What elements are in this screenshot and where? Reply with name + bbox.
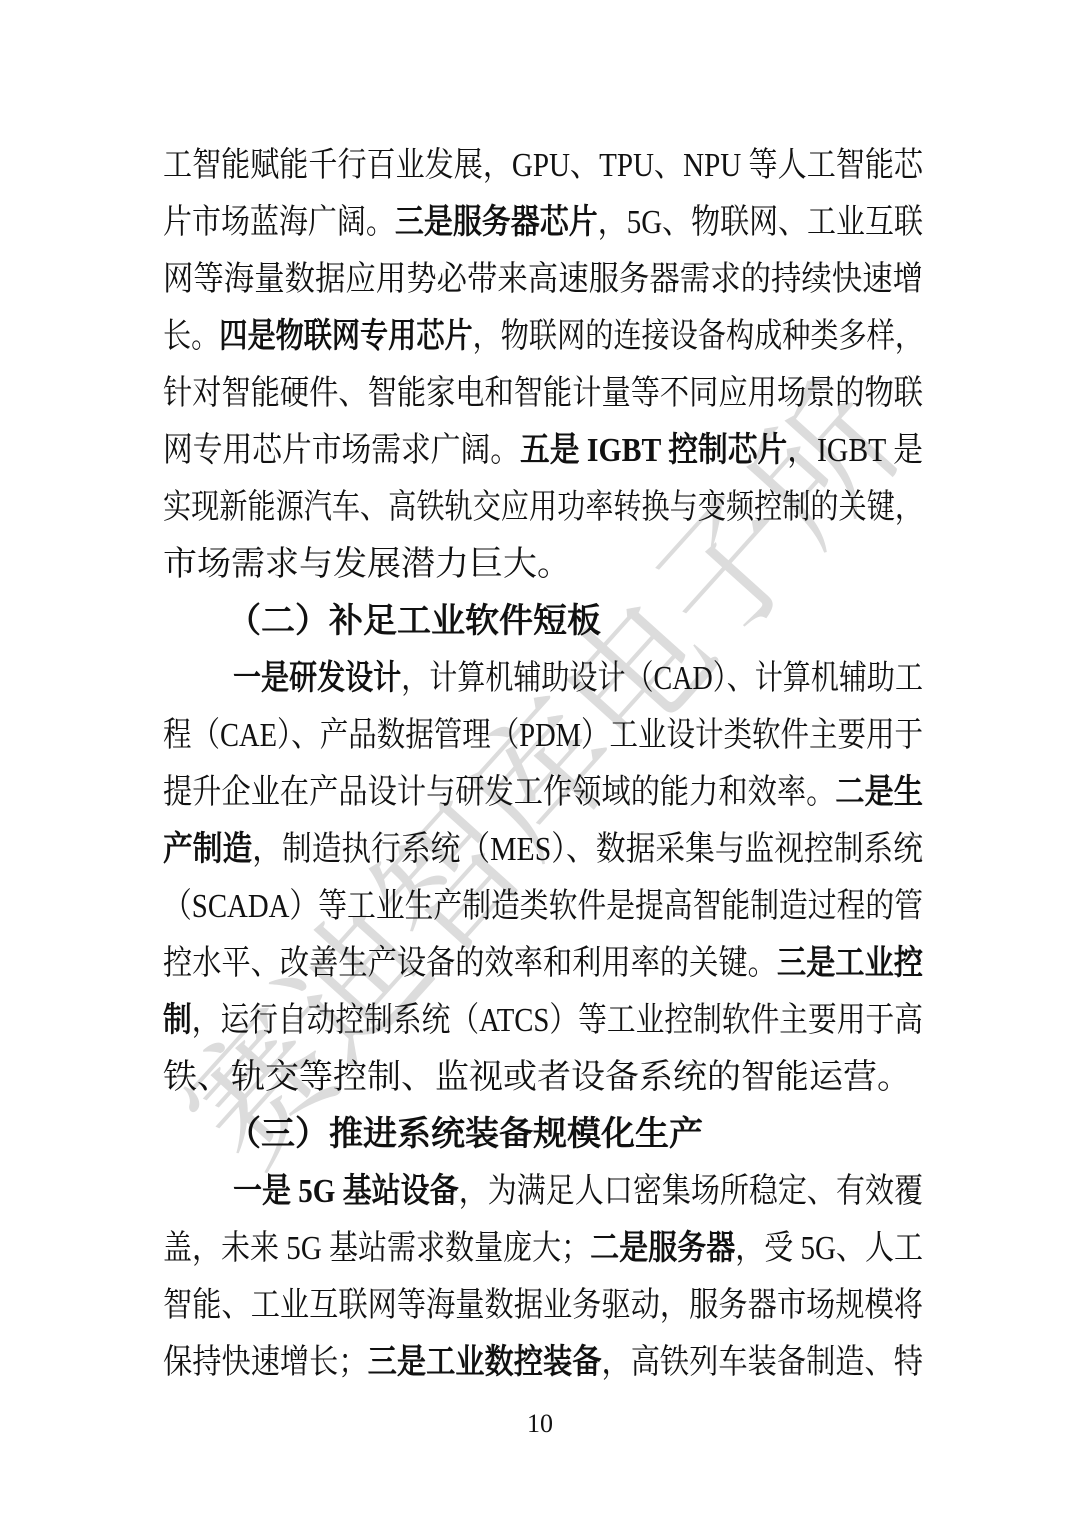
bold-text-segment: 产制造 <box>163 831 252 868</box>
document-page: 赛迪智库电子所 工智能赋能千行百业发展，GPU、TPU、NPU 等人工智能芯片市… <box>0 0 1080 1527</box>
bold-text-segment: 五是 IGBT 控制芯片 <box>520 432 787 469</box>
text-line: 网专用芯片市场需求广阔。五是 IGBT 控制芯片，IGBT 是 <box>163 422 923 479</box>
text-segment: 工智能赋能千行百业发展，GPU、TPU、NPU 等人工智能芯 <box>163 147 923 184</box>
page-number: 10 <box>0 1408 1080 1440</box>
text-segment: 实现新能源汽车、高铁轨交应用功率转换与变频控制的关键， <box>163 489 923 526</box>
text-segment: ，计算机辅助设计（CAD）、计算机辅助工 <box>401 660 923 697</box>
text-line: 产制造，制造执行系统（MES）、数据采集与监视控制系统 <box>163 821 923 878</box>
text-segment: ，运行自动控制系统（ATCS）等工业控制软件主要用于高 <box>192 1002 923 1039</box>
text-segment: 智能、工业互联网等海量数据业务驱动，服务器市场规模将 <box>163 1287 923 1324</box>
bold-text-segment: （二）补足工业软件短板 <box>227 603 601 640</box>
text-segment: ，制造执行系统（MES）、数据采集与监视控制系统 <box>252 831 923 868</box>
bold-text-segment: 一是 5G 基站设备 <box>233 1173 459 1210</box>
text-segment: 程（CAE）、产品数据管理（PDM）工业设计类软件主要用于 <box>163 717 923 754</box>
text-segment: ，5G、物联网、工业互联 <box>598 204 923 241</box>
bold-text-segment: 三是工业控 <box>777 945 923 982</box>
bold-text-segment: 二是服务器 <box>590 1230 735 1267</box>
text-segment: 提升企业在产品设计与研发工作领域的能力和效率。 <box>163 774 835 811</box>
text-line: 长。四是物联网专用芯片，物联网的连接设备构成种类多样， <box>163 308 923 365</box>
text-segment: 市场需求与发展潜力巨大。 <box>163 546 571 583</box>
text-segment: 针对智能硬件、智能家电和智能计量等不同应用场景的物联 <box>163 375 923 412</box>
text-line: 程（CAE）、产品数据管理（PDM）工业设计类软件主要用于 <box>163 707 923 764</box>
text-line: 一是研发设计，计算机辅助设计（CAD）、计算机辅助工 <box>163 650 923 707</box>
text-line: 制，运行自动控制系统（ATCS）等工业控制软件主要用于高 <box>163 992 923 1049</box>
text-segment: （SCADA）等工业生产制造类软件是提高智能制造过程的管 <box>163 888 923 925</box>
text-segment: 网专用芯片市场需求广阔。 <box>163 432 520 469</box>
text-line: 工智能赋能千行百业发展，GPU、TPU、NPU 等人工智能芯 <box>163 137 923 194</box>
text-segment: 长。 <box>163 318 219 355</box>
text-segment: 保持快速增长； <box>163 1344 368 1381</box>
document-body: 工智能赋能千行百业发展，GPU、TPU、NPU 等人工智能芯片市场蓝海广阔。三是… <box>163 137 923 1391</box>
text-line: 盖，未来 5G 基站需求数量庞大；二是服务器，受 5G、人工 <box>163 1220 923 1277</box>
section-heading: （二）补足工业软件短板 <box>163 593 923 650</box>
text-line: 针对智能硬件、智能家电和智能计量等不同应用场景的物联 <box>163 365 923 422</box>
text-segment: 片市场蓝海广阔。 <box>163 204 395 241</box>
text-line: 一是 5G 基站设备，为满足人口密集场所稳定、有效覆 <box>163 1163 923 1220</box>
text-segment: ，高铁列车装备制造、特 <box>601 1344 923 1381</box>
text-segment: ，物联网的连接设备构成种类多样， <box>473 318 923 355</box>
text-segment: ，IGBT 是 <box>787 432 923 469</box>
bold-text-segment: 四是物联网专用芯片 <box>219 318 472 355</box>
text-line: （SCADA）等工业生产制造类软件是提高智能制造过程的管 <box>163 878 923 935</box>
text-line: 保持快速增长；三是工业数控装备，高铁列车装备制造、特 <box>163 1334 923 1391</box>
text-line: 提升企业在产品设计与研发工作领域的能力和效率。二是生 <box>163 764 923 821</box>
text-segment: 盖，未来 5G 基站需求数量庞大； <box>163 1230 590 1267</box>
text-line: 片市场蓝海广阔。三是服务器芯片，5G、物联网、工业互联 <box>163 194 923 251</box>
text-line: 市场需求与发展潜力巨大。 <box>163 536 923 593</box>
text-line: 网等海量数据应用势必带来高速服务器需求的持续快速增 <box>163 251 923 308</box>
text-line: 铁、轨交等控制、监视或者设备系统的智能运营。 <box>163 1049 923 1106</box>
bold-text-segment: 一是研发设计 <box>233 660 401 697</box>
bold-text-segment: 三是工业数控装备 <box>368 1344 602 1381</box>
bold-text-segment: （三）推进系统装备规模化生产 <box>227 1116 703 1153</box>
text-segment: 网等海量数据应用势必带来高速服务器需求的持续快速增 <box>163 261 923 298</box>
bold-text-segment: 制 <box>163 1002 192 1039</box>
text-line: 实现新能源汽车、高铁轨交应用功率转换与变频控制的关键， <box>163 479 923 536</box>
text-segment: ，受 5G、人工 <box>735 1230 923 1267</box>
text-line: 智能、工业互联网等海量数据业务驱动，服务器市场规模将 <box>163 1277 923 1334</box>
bold-text-segment: 二是生 <box>835 774 923 811</box>
text-line: 控水平、改善生产设备的效率和利用率的关键。三是工业控 <box>163 935 923 992</box>
text-segment: ，为满足人口密集场所稳定、有效覆 <box>459 1173 923 1210</box>
section-heading: （三）推进系统装备规模化生产 <box>163 1106 923 1163</box>
bold-text-segment: 三是服务器芯片 <box>395 204 598 241</box>
text-segment: 控水平、改善生产设备的效率和利用率的关键。 <box>163 945 777 982</box>
text-segment: 铁、轨交等控制、监视或者设备系统的智能运营。 <box>163 1059 911 1096</box>
